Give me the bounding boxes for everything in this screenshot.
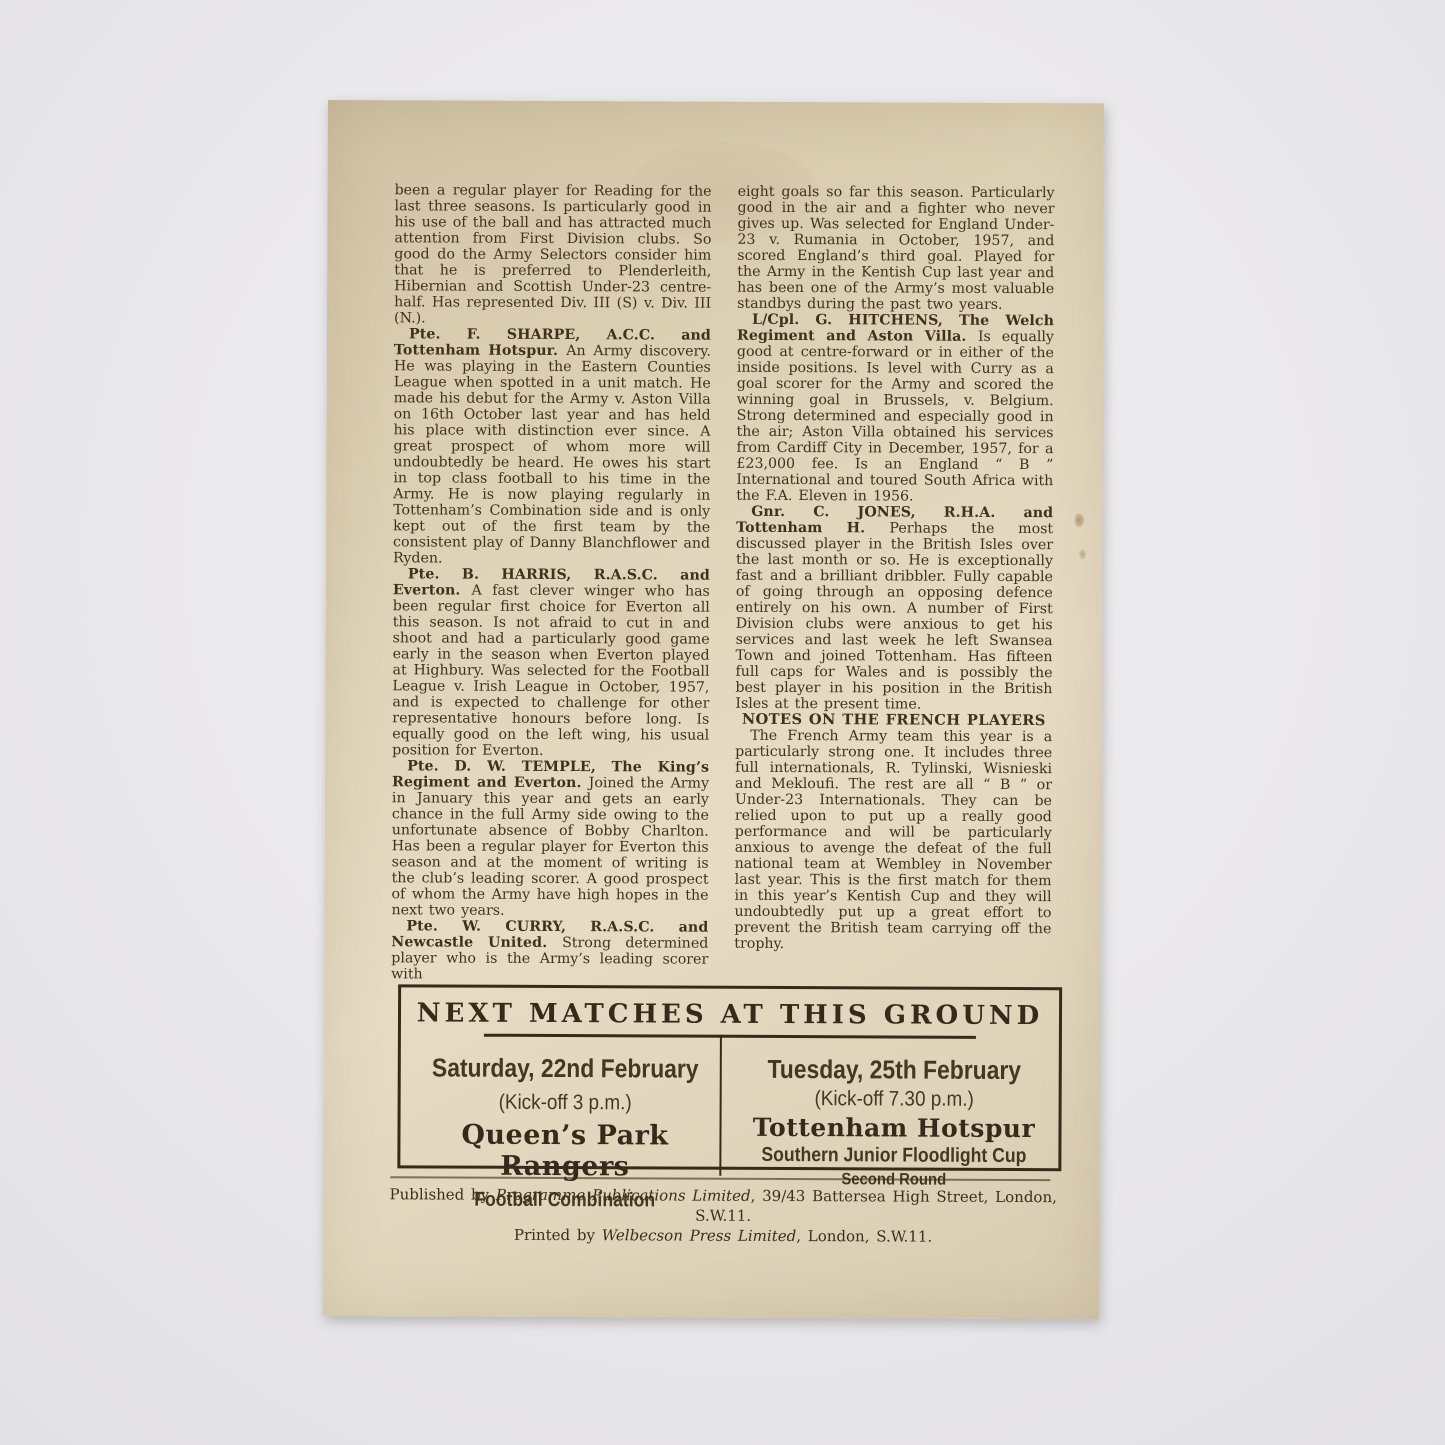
next-matches-box: NEXT MATCHES AT THIS GROUND Saturday, 22… — [397, 984, 1062, 1171]
paragraph-lead: Pte. B. HARRIS, R.A.S.C. and Everton. — [393, 566, 710, 598]
section-heading: NOTES ON THE FRENCH PLAYERS — [735, 712, 1052, 729]
match-team: Tottenham Hotspur — [729, 1113, 1058, 1143]
article-paragraph: L/Cpl. G. HITCHENS, The Welch Regiment a… — [736, 312, 1054, 505]
match-kickoff: (Kick-off 3 p.m.) — [417, 1090, 713, 1115]
publisher-address: , 39/43 Battersea High Street, London, S… — [695, 1187, 1057, 1225]
article-column-right: eight goals so far this season. Particul… — [734, 184, 1054, 985]
paper-stain — [1074, 513, 1084, 527]
match-date: Tuesday, 25th February — [749, 1054, 1039, 1086]
paragraph-lead: Pte. D. W. TEMPLE, The King’s Regiment a… — [392, 758, 709, 791]
article-body: been a regular player for Reading for th… — [391, 182, 1054, 985]
printer-address: , London, S.W.11. — [796, 1227, 932, 1246]
article-paragraph: The French Army team this year is a part… — [734, 728, 1052, 953]
paper-stain — [1079, 549, 1086, 559]
paragraph-lead: L/Cpl. G. HITCHENS, The Welch Regiment a… — [737, 312, 1054, 345]
article-column-left: been a regular player for Reading for th… — [391, 182, 711, 983]
match-kickoff: (Kick-off 7.30 p.m.) — [746, 1087, 1042, 1112]
programme-back-page: been a regular player for Reading for th… — [323, 100, 1104, 1319]
match-date: Saturday, 22nd February — [420, 1052, 710, 1084]
publisher-name: Programme Publications Limited — [496, 1186, 751, 1205]
title-underline-rule — [484, 1034, 976, 1039]
publisher-footer: Published by Programme Publications Limi… — [363, 1184, 1083, 1247]
paragraph-lead: Pte. W. CURRY, R.A.S.C. and Newcastle Un… — [391, 918, 708, 951]
printed-by-text: Printed by — [514, 1226, 602, 1244]
printed-by-line: Printed by Welbecson Press Limited, Lond… — [363, 1224, 1083, 1247]
next-matches-title: NEXT MATCHES AT THIS GROUND — [401, 998, 1059, 1031]
article-paragraph: Gnr. C. JONES, R.H.A. and Tottenham H. P… — [735, 504, 1053, 713]
published-by-text: Published by — [389, 1185, 495, 1203]
article-paragraph: Pte. B. HARRIS, R.A.S.C. and Everton. A … — [392, 566, 710, 759]
article-paragraph: Pte. F. SHARPE, A.C.C. and Tottenham Hot… — [393, 326, 711, 567]
article-paragraph: been a regular player for Reading for th… — [394, 182, 712, 327]
article-paragraph: Pte. W. CURRY, R.A.S.C. and Newcastle Un… — [391, 918, 708, 983]
paragraph-lead: Pte. F. SHARPE, A.C.C. and Tottenham Hot… — [394, 326, 711, 359]
match-team: Queen’s Park Rangers — [400, 1119, 729, 1182]
article-paragraph: Pte. D. W. TEMPLE, The King’s Regiment a… — [391, 758, 709, 919]
photo-background: been a regular player for Reading for th… — [0, 0, 1445, 1445]
match-competition: Southern Junior Floodlight Cup — [749, 1144, 1039, 1168]
printer-name: Welbecson Press Limited — [602, 1226, 797, 1245]
published-by-line: Published by Programme Publications Limi… — [363, 1184, 1083, 1227]
paragraph-lead: Gnr. C. JONES, R.H.A. and Tottenham H. — [736, 504, 1053, 537]
article-paragraph: eight goals so far this season. Particul… — [737, 184, 1055, 313]
